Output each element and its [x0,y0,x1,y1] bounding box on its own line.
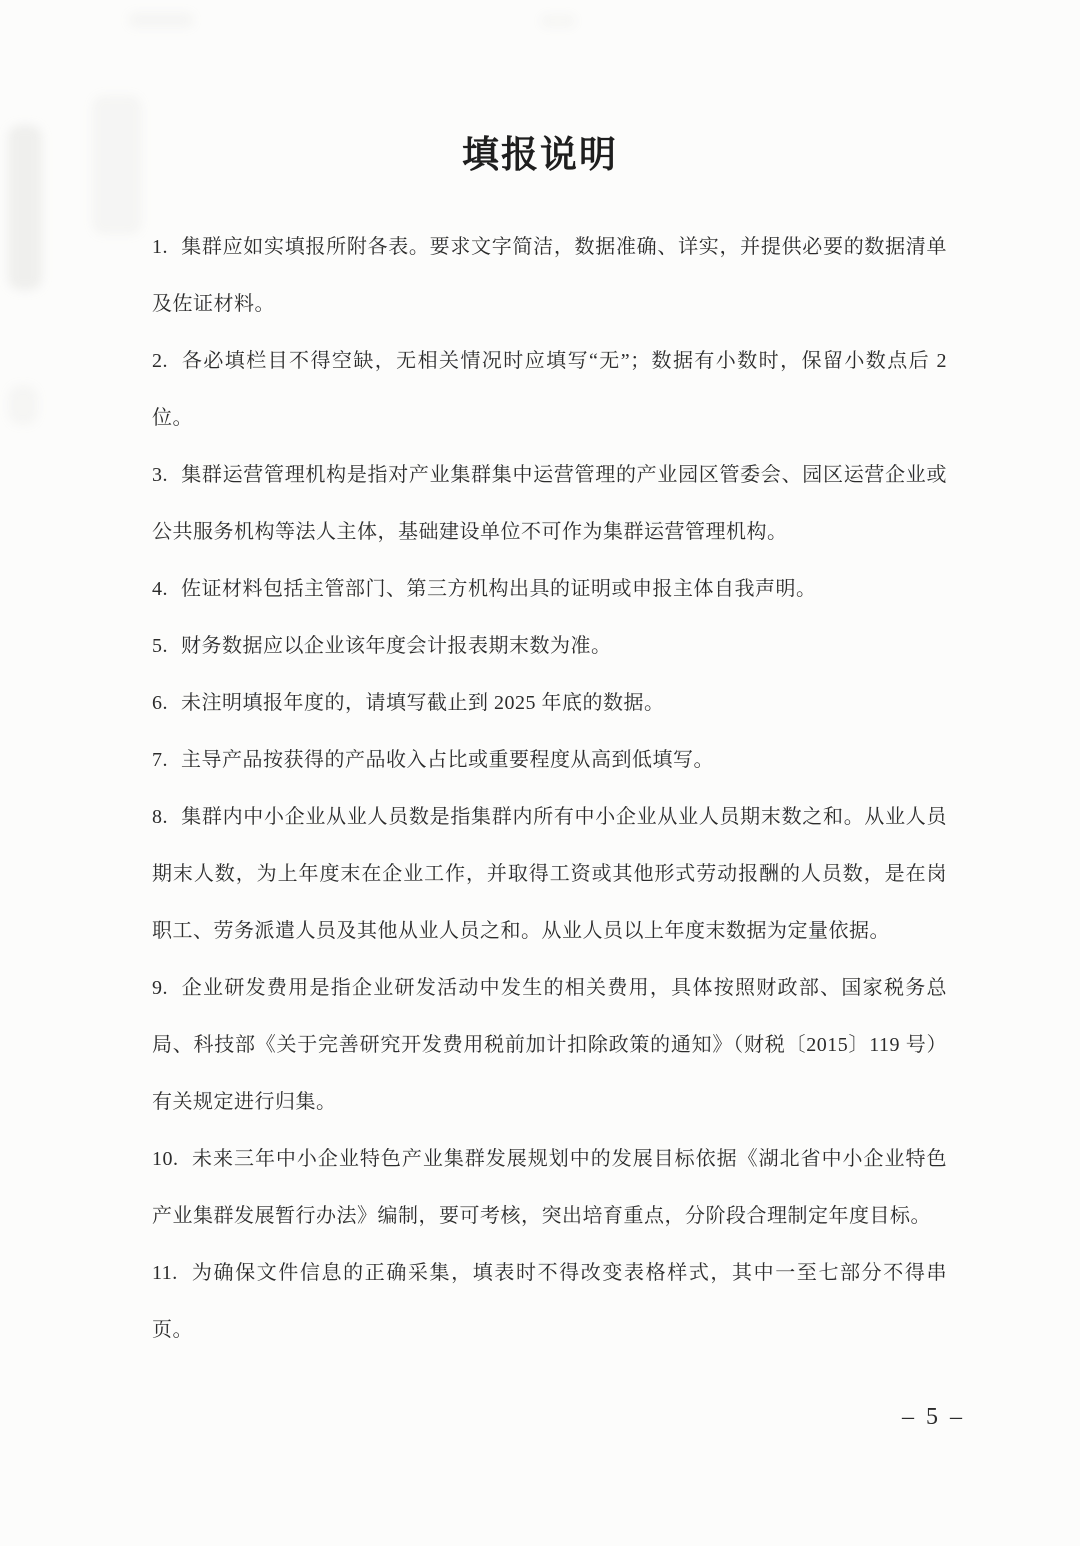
item-number: 10. [152,1148,179,1170]
list-item: 5.财务数据应以企业该年度会计报表期末数为准。 [152,618,947,675]
item-text: 为确保文件信息的正确采集，填表时不得改变表格样式，其中一至七部分不得串页。 [152,1262,947,1341]
scan-artifact [8,385,38,425]
item-text: 企业研发费用是指企业研发活动中发生的相关费用，具体按照财政部、国家税务总局、科技… [152,977,947,1113]
item-number: 2. [152,350,168,372]
list-item: 11.为确保文件信息的正确采集，填表时不得改变表格样式，其中一至七部分不得串页。 [152,1245,947,1359]
item-number: 6. [152,692,168,714]
list-item: 4.佐证材料包括主管部门、第三方机构出具的证明或申报主体自我声明。 [152,561,947,618]
list-item: 2.各必填栏目不得空缺，无相关情况时应填写“无”；数据有小数时，保留小数点后 2… [152,333,947,447]
item-number: 5. [152,635,168,657]
item-number: 9. [152,977,168,999]
list-item: 3.集群运营管理机构是指对产业集群集中运营管理的产业园区管委会、园区运营企业或公… [152,447,947,561]
list-item: 7.主导产品按获得的产品收入占比或重要程度从高到低填写。 [152,732,947,789]
scan-artifact [540,14,576,28]
page-number: – 5 – [902,1402,962,1432]
item-number: 11. [152,1262,178,1284]
item-number: 8. [152,806,168,828]
item-number: 4. [152,578,168,600]
item-text: 佐证材料包括主管部门、第三方机构出具的证明或申报主体自我声明。 [181,578,817,600]
item-text: 集群内中小企业从业人员数是指集群内所有中小企业从业人员期末数之和。从业人员期末人… [152,806,947,942]
item-text: 各必填栏目不得空缺，无相关情况时应填写“无”；数据有小数时，保留小数点后 2 位… [152,350,947,429]
instructions-list: 1.集群应如实填报所附各表。要求文字简洁，数据准确、详实，并提供必要的数据清单及… [152,219,947,1359]
item-number: 1. [152,236,168,258]
list-item: 9.企业研发费用是指企业研发活动中发生的相关费用，具体按照财政部、国家税务总局、… [152,960,947,1131]
page-title: 填报说明 [0,130,1080,180]
item-text: 财务数据应以企业该年度会计报表期末数为准。 [181,635,612,657]
item-text: 主导产品按获得的产品收入占比或重要程度从高到低填写。 [181,749,714,771]
list-item: 10.未来三年中小企业特色产业集群发展规划中的发展目标依据《湖北省中小企业特色产… [152,1131,947,1245]
scan-artifact [128,12,194,28]
item-text: 未来三年中小企业特色产业集群发展规划中的发展目标依据《湖北省中小企业特色产业集群… [152,1148,947,1227]
item-text: 集群运营管理机构是指对产业集群集中运营管理的产业园区管委会、园区运营企业或公共服… [152,464,947,543]
list-item: 1.集群应如实填报所附各表。要求文字简洁，数据准确、详实，并提供必要的数据清单及… [152,219,947,333]
item-text: 集群应如实填报所附各表。要求文字简洁，数据准确、详实，并提供必要的数据清单及佐证… [152,236,947,315]
item-text: 未注明填报年度的，请填写截止到 2025 年底的数据。 [181,692,665,714]
item-number: 7. [152,749,168,771]
item-number: 3. [152,464,168,486]
document-page: 填报说明 1.集群应如实填报所附各表。要求文字简洁，数据准确、详实，并提供必要的… [0,0,1080,1546]
list-item: 8.集群内中小企业从业人员数是指集群内所有中小企业从业人员期末数之和。从业人员期… [152,789,947,960]
list-item: 6.未注明填报年度的，请填写截止到 2025 年底的数据。 [152,675,947,732]
